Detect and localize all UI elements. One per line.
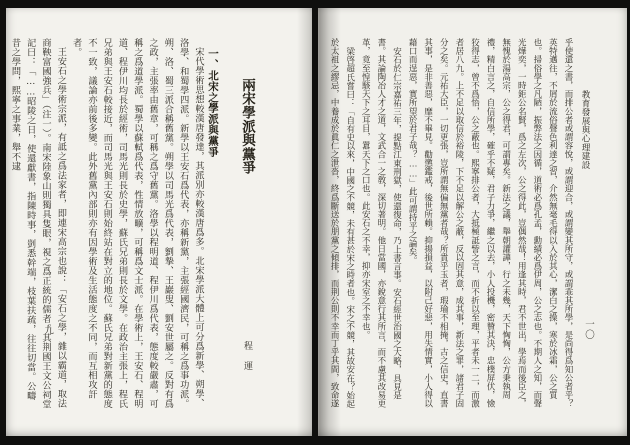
- right-page-body: 乎使還之書，而排公者或謂容悅，或謂迎合，或謂變其所守，或謂乖其所學，是尚得爲知公…: [326, 38, 576, 410]
- paragraph: 梁啓超氏嘗曰：「自有史以來，中國之不競，未有甚於宋之時者也。宋之不競，其故安在？…: [327, 38, 358, 410]
- right-page: 教育發展與心理建設 乎使還之書，而排公者或謂容悅，或謂迎合，或謂變其所守，或謂乖…: [318, 8, 627, 436]
- paragraph: 宋代學術思想較漢唐發達，其派別亦較漢唐爲多。北宋學派大體上可分爲新學、朔學、洛學…: [68, 38, 206, 410]
- paragraph: 安石於仁宗嘉祐三年，提點江東刑獄，使還復命，乃上書言事。安石經世治國之大略，具見…: [358, 38, 405, 410]
- page-number-left: 九: [40, 325, 54, 355]
- chapter-title: 兩宋學派與黨爭: [237, 78, 257, 196]
- paragraph: 王安石之學術宗派，有詆之爲法家者，即連宋高宗也說：「安石之學，雜以霸道，取法商鞅…: [8, 38, 68, 410]
- left-page: 兩宋學派與黨爭 程 運 一、北宋之學派與黨爭 宋代學術思想較漢唐發達，其派別亦較…: [6, 8, 312, 436]
- paragraph: 乎使還之書，而排公者或謂容悅，或謂迎合，或謂變其所守，或謂乖其所學，是尚得爲知公…: [404, 38, 576, 410]
- left-page-body: 宋代學術思想較漢唐發達，其派別亦較漢唐爲多。北宋學派大體上可分爲新學、朔學、洛學…: [8, 38, 206, 410]
- page-number-right: 一〇: [581, 319, 595, 349]
- author-name: 程 運: [242, 341, 255, 389]
- book-spread: { "colors": { "page_left": "#f3f2ed", "p…: [0, 0, 630, 445]
- section-heading: 一、北宋之學派與黨爭: [205, 48, 220, 183]
- running-head: 教育發展與心理建設: [580, 90, 592, 182]
